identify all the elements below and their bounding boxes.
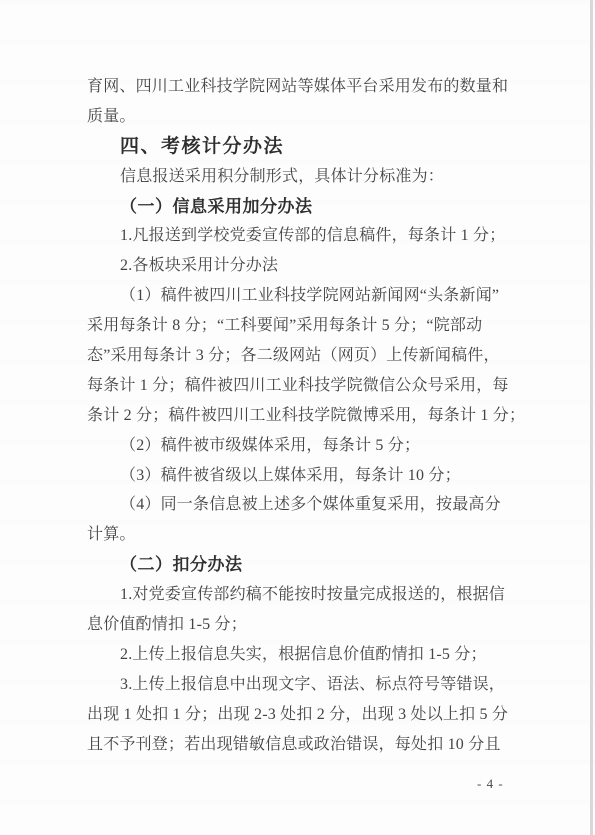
page-number: - 4 - — [477, 776, 504, 792]
text-line: 1.对党委宣传部约稿不能按时按量完成报送的，根据信 — [87, 580, 511, 610]
text-line: （4）同一条信息被上述多个媒体重复采用，按最高分 — [87, 490, 511, 520]
text-line: 2.上传上报信息失实，根据信息价值酌情扣 1-5 分； — [87, 640, 511, 670]
text-line: 计算。 — [87, 520, 511, 550]
text-line: 态”采用每条计 3 分；各二级网站（网页）上传新闻稿件， — [87, 341, 511, 371]
text-line: （3）稿件被省级以上媒体采用，每条计 10 分； — [87, 461, 511, 491]
document-page: 育网、四川工业科技学院网站等媒体平台采用发布的数量和质量。四、考核计分办法信息报… — [0, 0, 595, 835]
text-line: 每条计 1 分；稿件被四川工业科技学院微信公众号采用，每 — [87, 371, 511, 401]
text-line: 采用每条计 8 分；“工科要闻”采用每条计 5 分；“院部动 — [87, 311, 511, 341]
document-body: 育网、四川工业科技学院网站等媒体平台采用发布的数量和质量。四、考核计分办法信息报… — [87, 72, 511, 759]
text-line: 2.各板块采用计分办法 — [87, 251, 511, 281]
text-line: 1.凡报送到学校党委宣传部的信息稿件，每条计 1 分； — [87, 221, 511, 251]
scan-edge-line — [590, 0, 593, 835]
text-line: 出现 1 处扣 1 分；出现 2-3 处扣 2 分，出现 3 处以上扣 5 分 — [87, 700, 511, 730]
text-line: 条计 2 分；稿件被四川工业科技学院微博采用，每条计 1 分； — [87, 401, 511, 431]
text-line: 育网、四川工业科技学院网站等媒体平台采用发布的数量和 — [87, 72, 511, 102]
text-line: 息价值酌情扣 1-5 分； — [87, 610, 511, 640]
subsection-heading: （一）信息采用加分办法 — [87, 192, 511, 222]
text-line: （2）稿件被市级媒体采用，每条计 5 分； — [87, 431, 511, 461]
subsection-heading: （二）扣分办法 — [87, 550, 511, 580]
text-line: 信息报送采用积分制形式，具体计分标准为： — [87, 162, 511, 192]
text-line: 质量。 — [87, 102, 511, 132]
text-line: 3.上传上报信息中出现文字、语法、标点符号等错误， — [87, 670, 511, 700]
text-line: 且不予刊登；若出现错敏信息或政治错误，每处扣 10 分且 — [87, 730, 511, 760]
text-line: （1）稿件被四川工业科技学院网站新闻网“头条新闻” — [87, 281, 511, 311]
section-heading: 四、考核计分办法 — [87, 132, 511, 162]
